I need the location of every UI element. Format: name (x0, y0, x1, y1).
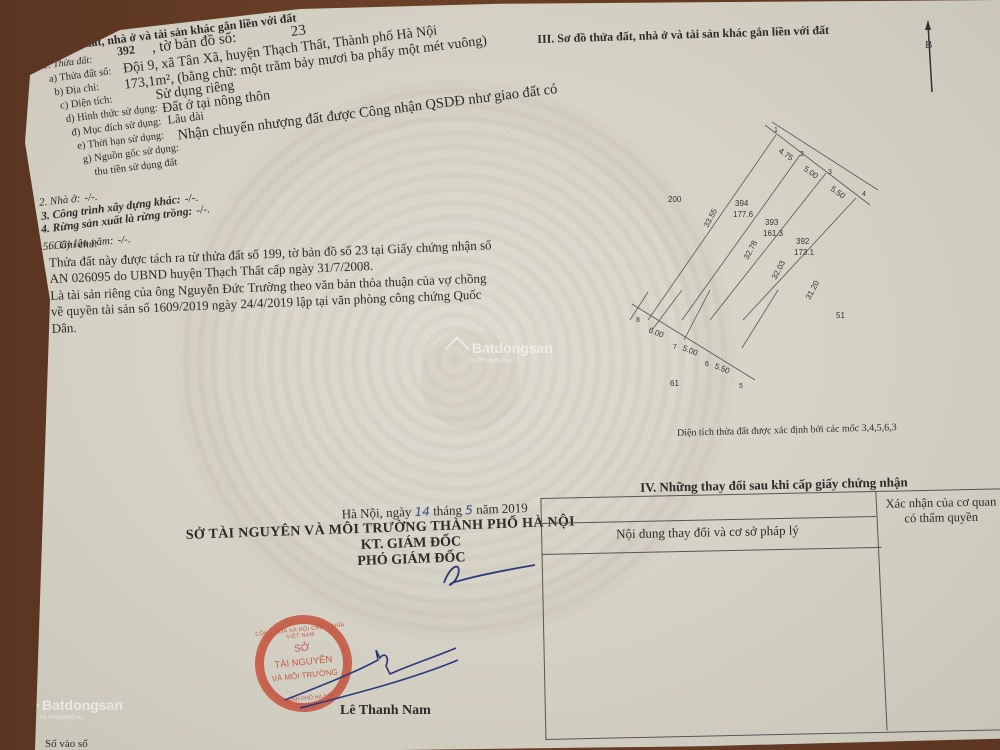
date-day: 14 (414, 504, 430, 519)
item-production-forest-value: -/-. (195, 203, 210, 217)
svg-text:6.00: 6.00 (647, 326, 665, 340)
signer-name: Lê Thanh Nam (340, 703, 431, 719)
certificate-page: II. Thửa đất, nhà ở và tài sản khác gắn … (0, 0, 1000, 750)
svg-text:32.78: 32.78 (742, 239, 760, 261)
svg-text:4.75: 4.75 (777, 146, 795, 163)
bottom-cut-text: Số vào sổ (45, 738, 88, 750)
watermark-logo-icon (14, 693, 39, 718)
date-month-label: tháng (433, 502, 462, 518)
date-prefix: Hà Nội, ngày (341, 504, 411, 521)
svg-text:173.1: 173.1 (794, 248, 815, 257)
svg-text:394: 394 (735, 199, 749, 208)
svg-text:4: 4 (862, 191, 866, 198)
svg-text:5.50: 5.50 (829, 184, 847, 201)
column-header-authority-line-2: có thẩm quyền (886, 509, 997, 526)
svg-text:177.6: 177.6 (733, 210, 754, 219)
section-3-title: III. Sơ đồ thửa đất, nhà ở và tài sản kh… (537, 21, 829, 48)
svg-text:3: 3 (828, 169, 832, 176)
watermark-sub: by PropertyGuru (40, 715, 123, 721)
svg-text:200: 200 (668, 195, 682, 204)
watermark-sub: by PropertyGuru (470, 358, 553, 364)
initial-signature (440, 555, 540, 595)
column-header-authority-line-1: Xác nhận của cơ quan (885, 494, 996, 511)
svg-text:5.00: 5.00 (802, 164, 820, 181)
watermark-logo-icon (444, 336, 469, 361)
plot-sketch: 1 2 3 4 4.75 5.00 5.50 200 394 177.6 393… (600, 110, 900, 320)
svg-text:161.3: 161.3 (763, 229, 784, 238)
svg-text:5.00: 5.00 (681, 344, 699, 358)
svg-text:7: 7 (673, 344, 677, 351)
svg-text:6: 6 (705, 361, 709, 368)
svg-text:B: B (925, 39, 932, 51)
origin-value-cont: thu tiền sử dụng đất (94, 157, 178, 178)
changes-table: IV. Những thay đổi sau khi cấp giấy chứn… (540, 470, 1000, 745)
svg-text:393: 393 (765, 218, 779, 227)
date-month: 5 (465, 503, 473, 517)
watermark-center: Batdongsan by PropertyGuru (448, 340, 553, 364)
column-header-authority-confirmation: Xác nhận của cơ quan có thẩm quyền (885, 494, 996, 526)
svg-text:392: 392 (796, 237, 810, 246)
parcel-number: 392 (116, 42, 136, 59)
svg-text:32.03: 32.03 (770, 259, 788, 281)
svg-text:8: 8 (636, 317, 640, 324)
watermark-brand: Batdongsan (472, 340, 553, 356)
notes-section: 6. Ghi chú: Thửa đất này được tách ra từ… (48, 220, 494, 337)
plot-sketch-lower: 8 6.00 7 5.00 6 5.50 5 61 51 (600, 290, 900, 420)
watermark-brand: Batdongsan (42, 697, 123, 713)
svg-text:61: 61 (670, 379, 679, 388)
north-arrow-icon: B (922, 14, 942, 94)
section-3-title-text: III. Sơ đồ thửa đất, nhà ở và tài sản kh… (537, 23, 829, 46)
svg-text:2: 2 (800, 151, 804, 158)
svg-text:5: 5 (739, 383, 743, 390)
date-year: năm 2019 (476, 500, 528, 517)
svg-text:51: 51 (836, 311, 845, 320)
svg-text:33.55: 33.55 (702, 207, 720, 229)
svg-text:1: 1 (774, 127, 778, 134)
watermark-bottom-left: Batdongsan by PropertyGuru (18, 697, 123, 721)
